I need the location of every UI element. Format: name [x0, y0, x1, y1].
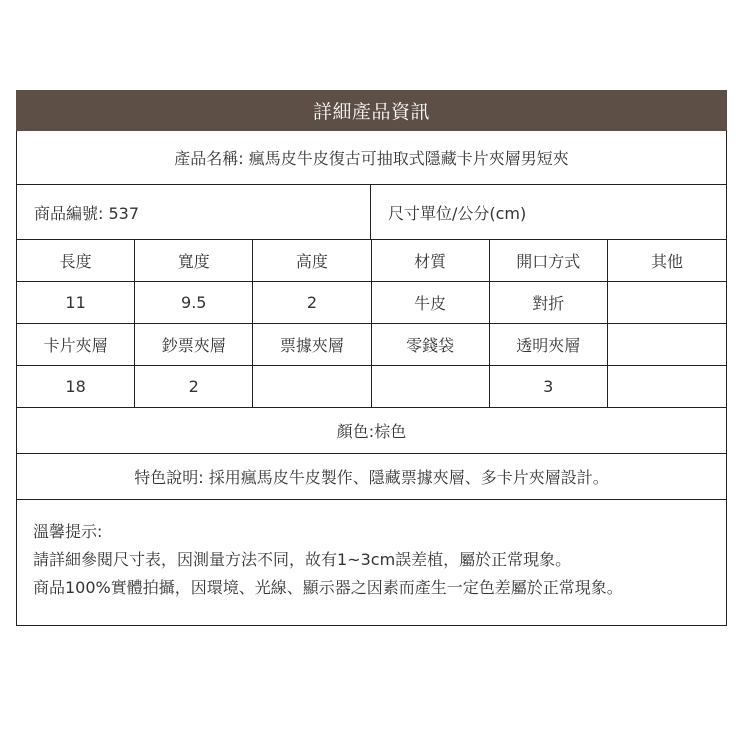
- spec-header-length: 長度: [17, 240, 135, 281]
- spec-header-other: 其他: [608, 240, 726, 281]
- compartment-header-receipt: 票據夾層: [253, 324, 371, 365]
- compartment-header-coin: 零錢袋: [372, 324, 490, 365]
- product-color: 顏色:棕色: [17, 408, 726, 453]
- product-code-row: 商品編號: 537 尺寸單位/公分(cm): [16, 185, 727, 240]
- spec-value-width: 9.5: [135, 282, 253, 323]
- compartment-header-empty: [608, 324, 726, 365]
- compartment-value-card: 18: [17, 366, 135, 407]
- notes-line-1: 請詳細參閱尺寸表，因測量方法不同，故有1~3cm誤差植，屬於正常現象。: [33, 546, 710, 574]
- compartment-value-coin: [372, 366, 490, 407]
- spec-value-opening: 對折: [490, 282, 608, 323]
- spec-header-height: 高度: [253, 240, 371, 281]
- spec-value-material: 牛皮: [372, 282, 490, 323]
- product-code: 商品編號: 537: [17, 185, 371, 239]
- compartment-header-row: 卡片夾層 鈔票夾層 票據夾層 零錢袋 透明夾層: [16, 324, 727, 366]
- compartment-header-bill: 鈔票夾層: [135, 324, 253, 365]
- spec-value-other: [608, 282, 726, 323]
- compartment-value-receipt: [253, 366, 371, 407]
- compartment-value-bill: 2: [135, 366, 253, 407]
- product-name: 產品名稱: 瘋馬皮牛皮復古可抽取式隱藏卡片夾層男短夾: [17, 131, 726, 184]
- spec-value-row: 11 9.5 2 牛皮 對折: [16, 282, 727, 324]
- compartment-value-row: 18 2 3: [16, 366, 727, 408]
- compartment-value-clear: 3: [490, 366, 608, 407]
- feature-description: 特色說明: 採用瘋馬皮牛皮製作、隱藏票據夾層、多卡片夾層設計。: [17, 454, 726, 499]
- spec-value-length: 11: [17, 282, 135, 323]
- size-unit: 尺寸單位/公分(cm): [371, 185, 726, 239]
- spec-header-opening: 開口方式: [490, 240, 608, 281]
- product-name-row: 產品名稱: 瘋馬皮牛皮復古可抽取式隱藏卡片夾層男短夾: [16, 131, 727, 185]
- product-info-table: 詳細產品資訊 產品名稱: 瘋馬皮牛皮復古可抽取式隱藏卡片夾層男短夾 商品編號: …: [16, 90, 727, 626]
- feature-row: 特色說明: 採用瘋馬皮牛皮製作、隱藏票據夾層、多卡片夾層設計。: [16, 454, 727, 500]
- table-header: 詳細產品資訊: [16, 90, 727, 131]
- spec-value-height: 2: [253, 282, 371, 323]
- compartment-header-clear: 透明夾層: [490, 324, 608, 365]
- notes-title: 溫馨提示:: [33, 518, 710, 546]
- compartment-value-empty: [608, 366, 726, 407]
- notes-line-2: 商品100%實體拍攝，因環境、光線、顯示器之因素而產生一定色差屬於正常現象。: [33, 574, 710, 602]
- color-row: 顏色:棕色: [16, 408, 727, 454]
- spec-header-row: 長度 寬度 高度 材質 開口方式 其他: [16, 240, 727, 282]
- compartment-header-card: 卡片夾層: [17, 324, 135, 365]
- notes-box: 溫馨提示: 請詳細參閱尺寸表，因測量方法不同，故有1~3cm誤差植，屬於正常現象…: [16, 500, 727, 626]
- spec-header-material: 材質: [372, 240, 490, 281]
- spec-header-width: 寬度: [135, 240, 253, 281]
